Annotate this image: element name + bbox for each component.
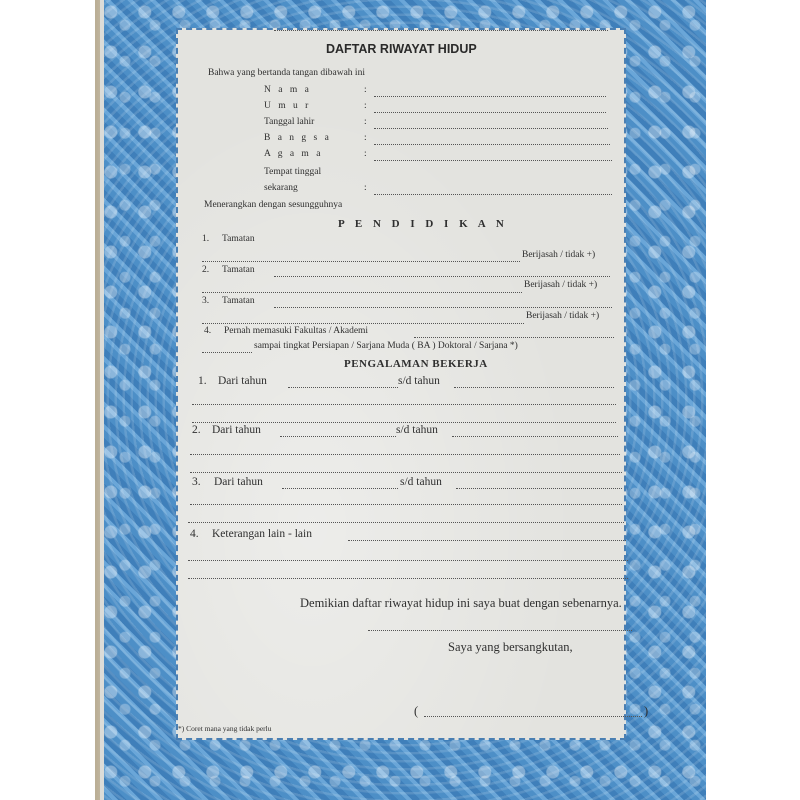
signer-label: Saya yang bersangkutan, [448, 640, 573, 655]
work-1-from-input[interactable] [288, 387, 398, 388]
field-sep: : [364, 133, 367, 143]
field-input-umur[interactable] [374, 112, 606, 113]
footnote: *) Coret mana yang tidak perlu [178, 724, 272, 733]
edu-3-input-line2[interactable] [202, 323, 524, 324]
edu-4-input-line2[interactable] [202, 352, 252, 353]
work-2-from: Dari tahun [212, 424, 261, 436]
work-heading: PENGALAMAN BEKERJA [344, 358, 488, 370]
field-sep: : [364, 149, 367, 159]
closing-statement: Demikian daftar riwayat hidup ini saya b… [300, 596, 622, 611]
edu-2-num: 2. [202, 265, 209, 275]
work-2-desc-line1[interactable] [190, 454, 620, 455]
form-body: DAFTAR RIWAYAT HIDUP Bahwa yang bertanda… [176, 28, 626, 740]
field-label-umur: U m u r [264, 101, 311, 111]
statement-text: Menerangkan dengan sesungguhnya [204, 200, 342, 210]
work-3-from-input[interactable] [282, 488, 398, 489]
edu-3-input[interactable] [274, 307, 612, 308]
field-sep: : [364, 183, 367, 193]
sign-paren-close: ) [644, 704, 648, 719]
sign-paren-open: ( [414, 704, 418, 719]
field-input-tanggal-lahir[interactable] [374, 128, 608, 129]
work-2-to-input[interactable] [452, 436, 618, 437]
place-date-input[interactable] [368, 630, 632, 631]
work-2-desc-line2[interactable] [190, 472, 622, 473]
edu-2-label: Tamatan [222, 265, 255, 275]
work-3-desc-line1[interactable] [190, 504, 622, 505]
other-num: 4. [190, 528, 199, 540]
work-1-from: Dari tahun [218, 375, 267, 387]
field-label-tempat-tinggal: Tempat tinggal [264, 167, 321, 177]
field-input-nama[interactable] [374, 96, 606, 97]
field-input-agama[interactable] [374, 160, 612, 161]
other-input-line2[interactable] [188, 560, 628, 561]
field-label-tanggal-lahir: Tanggal lahir [264, 117, 314, 127]
edu-1-input-line2[interactable] [202, 261, 520, 262]
work-2-from-input[interactable] [280, 436, 396, 437]
edu-1-label: Tamatan [222, 234, 255, 244]
edu-2-suffix: Berijasah / tidak +) [524, 280, 597, 290]
edu-2-input-line2[interactable] [202, 292, 522, 293]
work-1-num: 1. [198, 375, 207, 387]
edu-3-label: Tamatan [222, 296, 255, 306]
intro-text: Bahwa yang bertanda tangan dibawah ini [208, 68, 365, 78]
field-label-agama: A g a m a [264, 149, 323, 159]
edu-1-num: 1. [202, 234, 209, 244]
field-sep: : [364, 101, 367, 111]
edu-1-input[interactable] [274, 30, 608, 31]
work-3-to: s/d tahun [400, 476, 442, 488]
field-label-bangsa: B a n g s a [264, 133, 331, 143]
work-1-desc-line1[interactable] [192, 404, 616, 405]
other-input[interactable] [348, 540, 626, 541]
field-sep: : [364, 85, 367, 95]
edu-4-label: Pernah memasuki Fakultas / Akademi [224, 326, 368, 336]
edu-4-input[interactable] [414, 337, 614, 338]
work-3-from: Dari tahun [214, 476, 263, 488]
field-input-bangsa[interactable] [374, 144, 610, 145]
work-1-to: s/d tahun [398, 375, 440, 387]
edu-2-input[interactable] [274, 276, 610, 277]
field-input-alamat[interactable] [374, 194, 612, 195]
signature-name-input[interactable] [424, 716, 642, 717]
education-heading: P E N D I D I K A N [338, 218, 508, 230]
edu-4-num: 4. [204, 326, 211, 336]
work-3-num: 3. [192, 476, 201, 488]
work-1-to-input[interactable] [454, 387, 614, 388]
work-3-desc-line2[interactable] [188, 522, 624, 523]
other-input-line3[interactable] [188, 578, 628, 579]
form-title: DAFTAR RIWAYAT HIDUP [326, 42, 477, 56]
work-1-desc-line2[interactable] [192, 422, 616, 423]
field-sep: : [364, 117, 367, 127]
edu-3-suffix: Berijasah / tidak +) [526, 311, 599, 321]
work-2-num: 2. [192, 424, 201, 436]
work-2-to: s/d tahun [396, 424, 438, 436]
other-label: Keterangan lain - lain [212, 528, 312, 540]
edu-4-line2: sampai tingkat Persiapan / Sarjana Muda … [254, 341, 518, 351]
edu-1-suffix: Berijasah / tidak +) [522, 250, 595, 260]
field-label-nama: N a m a [264, 85, 311, 95]
work-3-to-input[interactable] [456, 488, 622, 489]
field-label-sekarang: sekarang [264, 183, 298, 193]
edu-3-num: 3. [202, 296, 209, 306]
